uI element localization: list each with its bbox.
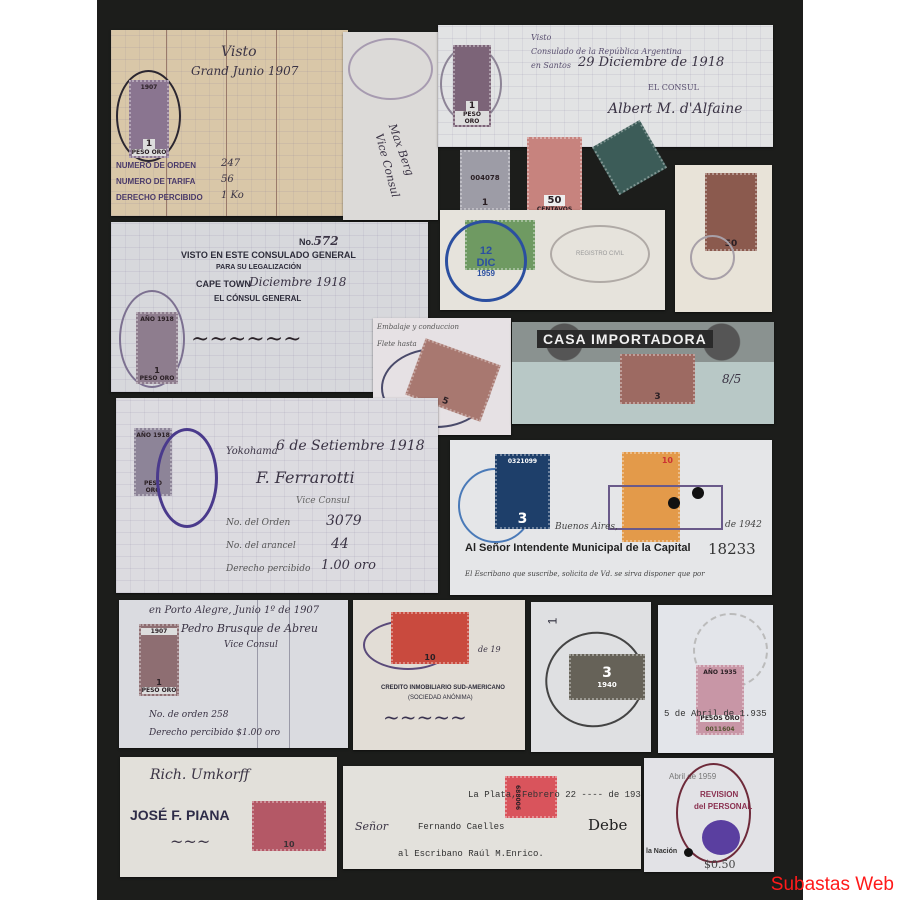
debe-label: Debe — [588, 816, 627, 834]
purple-mark — [702, 820, 740, 855]
legalization-line: PARA SU LEGALIZACIÓN — [216, 264, 301, 271]
recipient: Fernando Caelles — [418, 822, 504, 832]
field-label: No. del arancel — [226, 541, 296, 551]
company-name: CREDITO INMOBILIARIO SUD-AMERICANO — [381, 685, 505, 691]
embalaje-line: Embalaje y conduccion — [377, 323, 459, 331]
document-consulado-1907: Visto Grand Junio 1907 1907 1 PESO ORO N… — [111, 30, 348, 216]
punch-hole — [692, 487, 704, 499]
field-label: Derecho percibido — [226, 564, 310, 574]
document-casa-importadora: CASA IMPORTADORA 3 8/5 — [512, 322, 774, 424]
postmark — [690, 235, 735, 280]
box-cancel — [608, 485, 723, 530]
field-value: 247 — [221, 158, 240, 169]
handwriting: 8/5 — [722, 372, 741, 386]
field-row: No. de orden 258 — [149, 710, 228, 720]
role-label: Vice Consul — [224, 640, 278, 650]
field-row: Derecho percibido $1.00 oro — [149, 728, 280, 738]
watermark: Subastas Web — [771, 874, 894, 896]
handwriting: Rich. Umkorff — [150, 767, 249, 783]
handwriting: Grand Junio 1907 — [191, 64, 298, 78]
typed-date: 5 de Abril de 1.935 — [664, 709, 767, 719]
casa-importadora-header: CASA IMPORTADORA — [537, 330, 713, 348]
document-buenos-aires-1942: 0321099 3 10 Buenos Aires, de 1942 Al Se… — [450, 440, 772, 595]
consul-label: EL CONSUL — [648, 83, 699, 92]
visto-label: Visto — [531, 33, 551, 42]
handwritten-date: Diciembre 1918 — [249, 275, 346, 289]
document-number: 18233 — [708, 540, 756, 558]
field-label: DERECHO PERCIBIDO — [116, 193, 203, 202]
field-value: 44 — [331, 536, 349, 552]
punch-hole — [684, 848, 693, 857]
mark-number: 1 — [545, 618, 559, 625]
place-date: en Porto Alegre, Junio 1º de 1907 — [149, 605, 319, 616]
company-subtitle: (SOCIEDAD ANÓNIMA) — [408, 695, 473, 701]
revenue-stamp-blue: 0321099 3 — [495, 454, 550, 529]
signature: Pedro Brusque de Abreu — [181, 622, 318, 635]
revenue-stamp: 10 — [252, 801, 326, 851]
handwriting: Visto — [221, 44, 257, 60]
loose-stamp-red: 50 CENTAVOS — [527, 137, 582, 215]
body-text: El Escribano que suscribe, solicita de V… — [465, 570, 705, 578]
revenue-stamp: 10 — [391, 612, 469, 664]
consulate-seal — [156, 428, 218, 528]
field-label: NUMERO DE TARIFA — [116, 177, 195, 186]
document-porto-alegre-1907: en Porto Alegre, Junio 1º de 1907 Pedro … — [119, 600, 348, 748]
document-brown-50: 50 — [675, 165, 772, 312]
role-label: Vice Consul — [296, 496, 350, 506]
signature: ~~~ — [170, 832, 210, 851]
registry-seal: REGISTRO CIVIL — [550, 225, 650, 283]
consulate-seal — [348, 38, 433, 100]
document-la-plata-1939: 688006 La Plata, Febrero 22 ---- de 1939… — [343, 766, 641, 869]
consul-label: EL CÓNSUL GENERAL — [214, 294, 301, 303]
signature: ~~~~~~ — [191, 327, 302, 352]
revenue-stamp: 1907 1 PESO ORO — [139, 624, 179, 696]
document-abril-1935: AÑO 1935 PESOS ORO 0011604 5 de Abril de… — [658, 605, 773, 753]
signature: F. Ferrarotti — [256, 468, 355, 487]
document-stamp-1940: 1 3 1940 — [531, 602, 651, 752]
escribano-line: al Escribano Raúl M.Enrico. — [398, 849, 544, 859]
revenue-stamp: 1 PESO ORO — [453, 45, 491, 127]
salutation: Señor — [355, 820, 388, 833]
nacion-text: la Nación — [646, 848, 677, 855]
revenue-stamp: 1907 1 PESO ORO — [129, 80, 169, 158]
overprint-line: del PERSONAL — [694, 802, 752, 811]
loose-stamp-grey: 004078 1 — [460, 150, 510, 210]
revenue-stamp: AÑO 1935 PESOS ORO 0011604 — [696, 665, 744, 735]
flete-line: Flete hasta — [377, 340, 417, 348]
document-credito-inmobiliario: 10 de 19 CREDITO INMOBILIARIO SUD-AMERIC… — [353, 600, 525, 750]
field-label: No. del Orden — [226, 518, 290, 528]
document-santos-1918: 1 PESO ORO Visto Consulado de la Repúbli… — [438, 25, 773, 147]
number-label: No.572 — [299, 234, 339, 248]
place-label: Yokohama — [226, 446, 278, 457]
document-ley-sellos: 12 DIC 1959 REGISTRO CIVIL — [440, 210, 665, 310]
postmark: 12 DIC 1959 — [445, 220, 527, 302]
field-value: 1 Ko — [221, 190, 244, 201]
overprint-line: REVISION — [700, 790, 738, 799]
place-date: La Plata, Febrero 22 ---- de 1939.- — [468, 790, 641, 800]
handwritten-date: 6 de Setiembre 1918 — [276, 438, 425, 454]
signature: Albert M. d'Alfaine — [608, 101, 743, 117]
document-seal-fragment: Max Berg Vice Consul — [343, 32, 438, 220]
field-label: NUMERO DE ORDEN — [116, 161, 196, 170]
place-label: Buenos Aires, — [555, 522, 618, 532]
field-value: 3079 — [326, 513, 362, 529]
value-label: $0.50 — [704, 858, 736, 871]
field-value: 1.00 oro — [321, 558, 376, 573]
year-label: de 19 — [478, 645, 501, 654]
name-label: JOSÉ F. PIANA — [130, 807, 230, 823]
place-line: en Santos — [531, 61, 571, 70]
punch-hole — [668, 497, 680, 509]
place-label: CAPE TOWN — [196, 279, 251, 289]
signature: ~~~~~ — [383, 705, 467, 729]
heading: Al Señor Intendente Municipal de la Capi… — [465, 542, 691, 554]
visto-line: VISTO EN ESTE CONSULADO GENERAL — [181, 250, 356, 260]
field-value: 56 — [221, 174, 234, 185]
year-label: de 1942 — [725, 520, 762, 530]
revenue-stamp: AÑO 1918 1 PESO ORO — [136, 312, 178, 384]
revenue-stamp: 3 1940 — [569, 654, 645, 700]
document-asistencia-social-1959: Abril de 1959 REVISION del PERSONAL la N… — [644, 758, 774, 872]
revenue-stamp: 3 — [620, 354, 695, 404]
document-yokohama-1918: AÑO 1918 PESO ORO Yokohama 6 de Setiembr… — [116, 398, 438, 593]
document-jose-piana: Rich. Umkorff JOSÉ F. PIANA 10 ~~~ — [120, 757, 337, 877]
handwritten-date: 29 Diciembre de 1918 — [578, 55, 724, 70]
